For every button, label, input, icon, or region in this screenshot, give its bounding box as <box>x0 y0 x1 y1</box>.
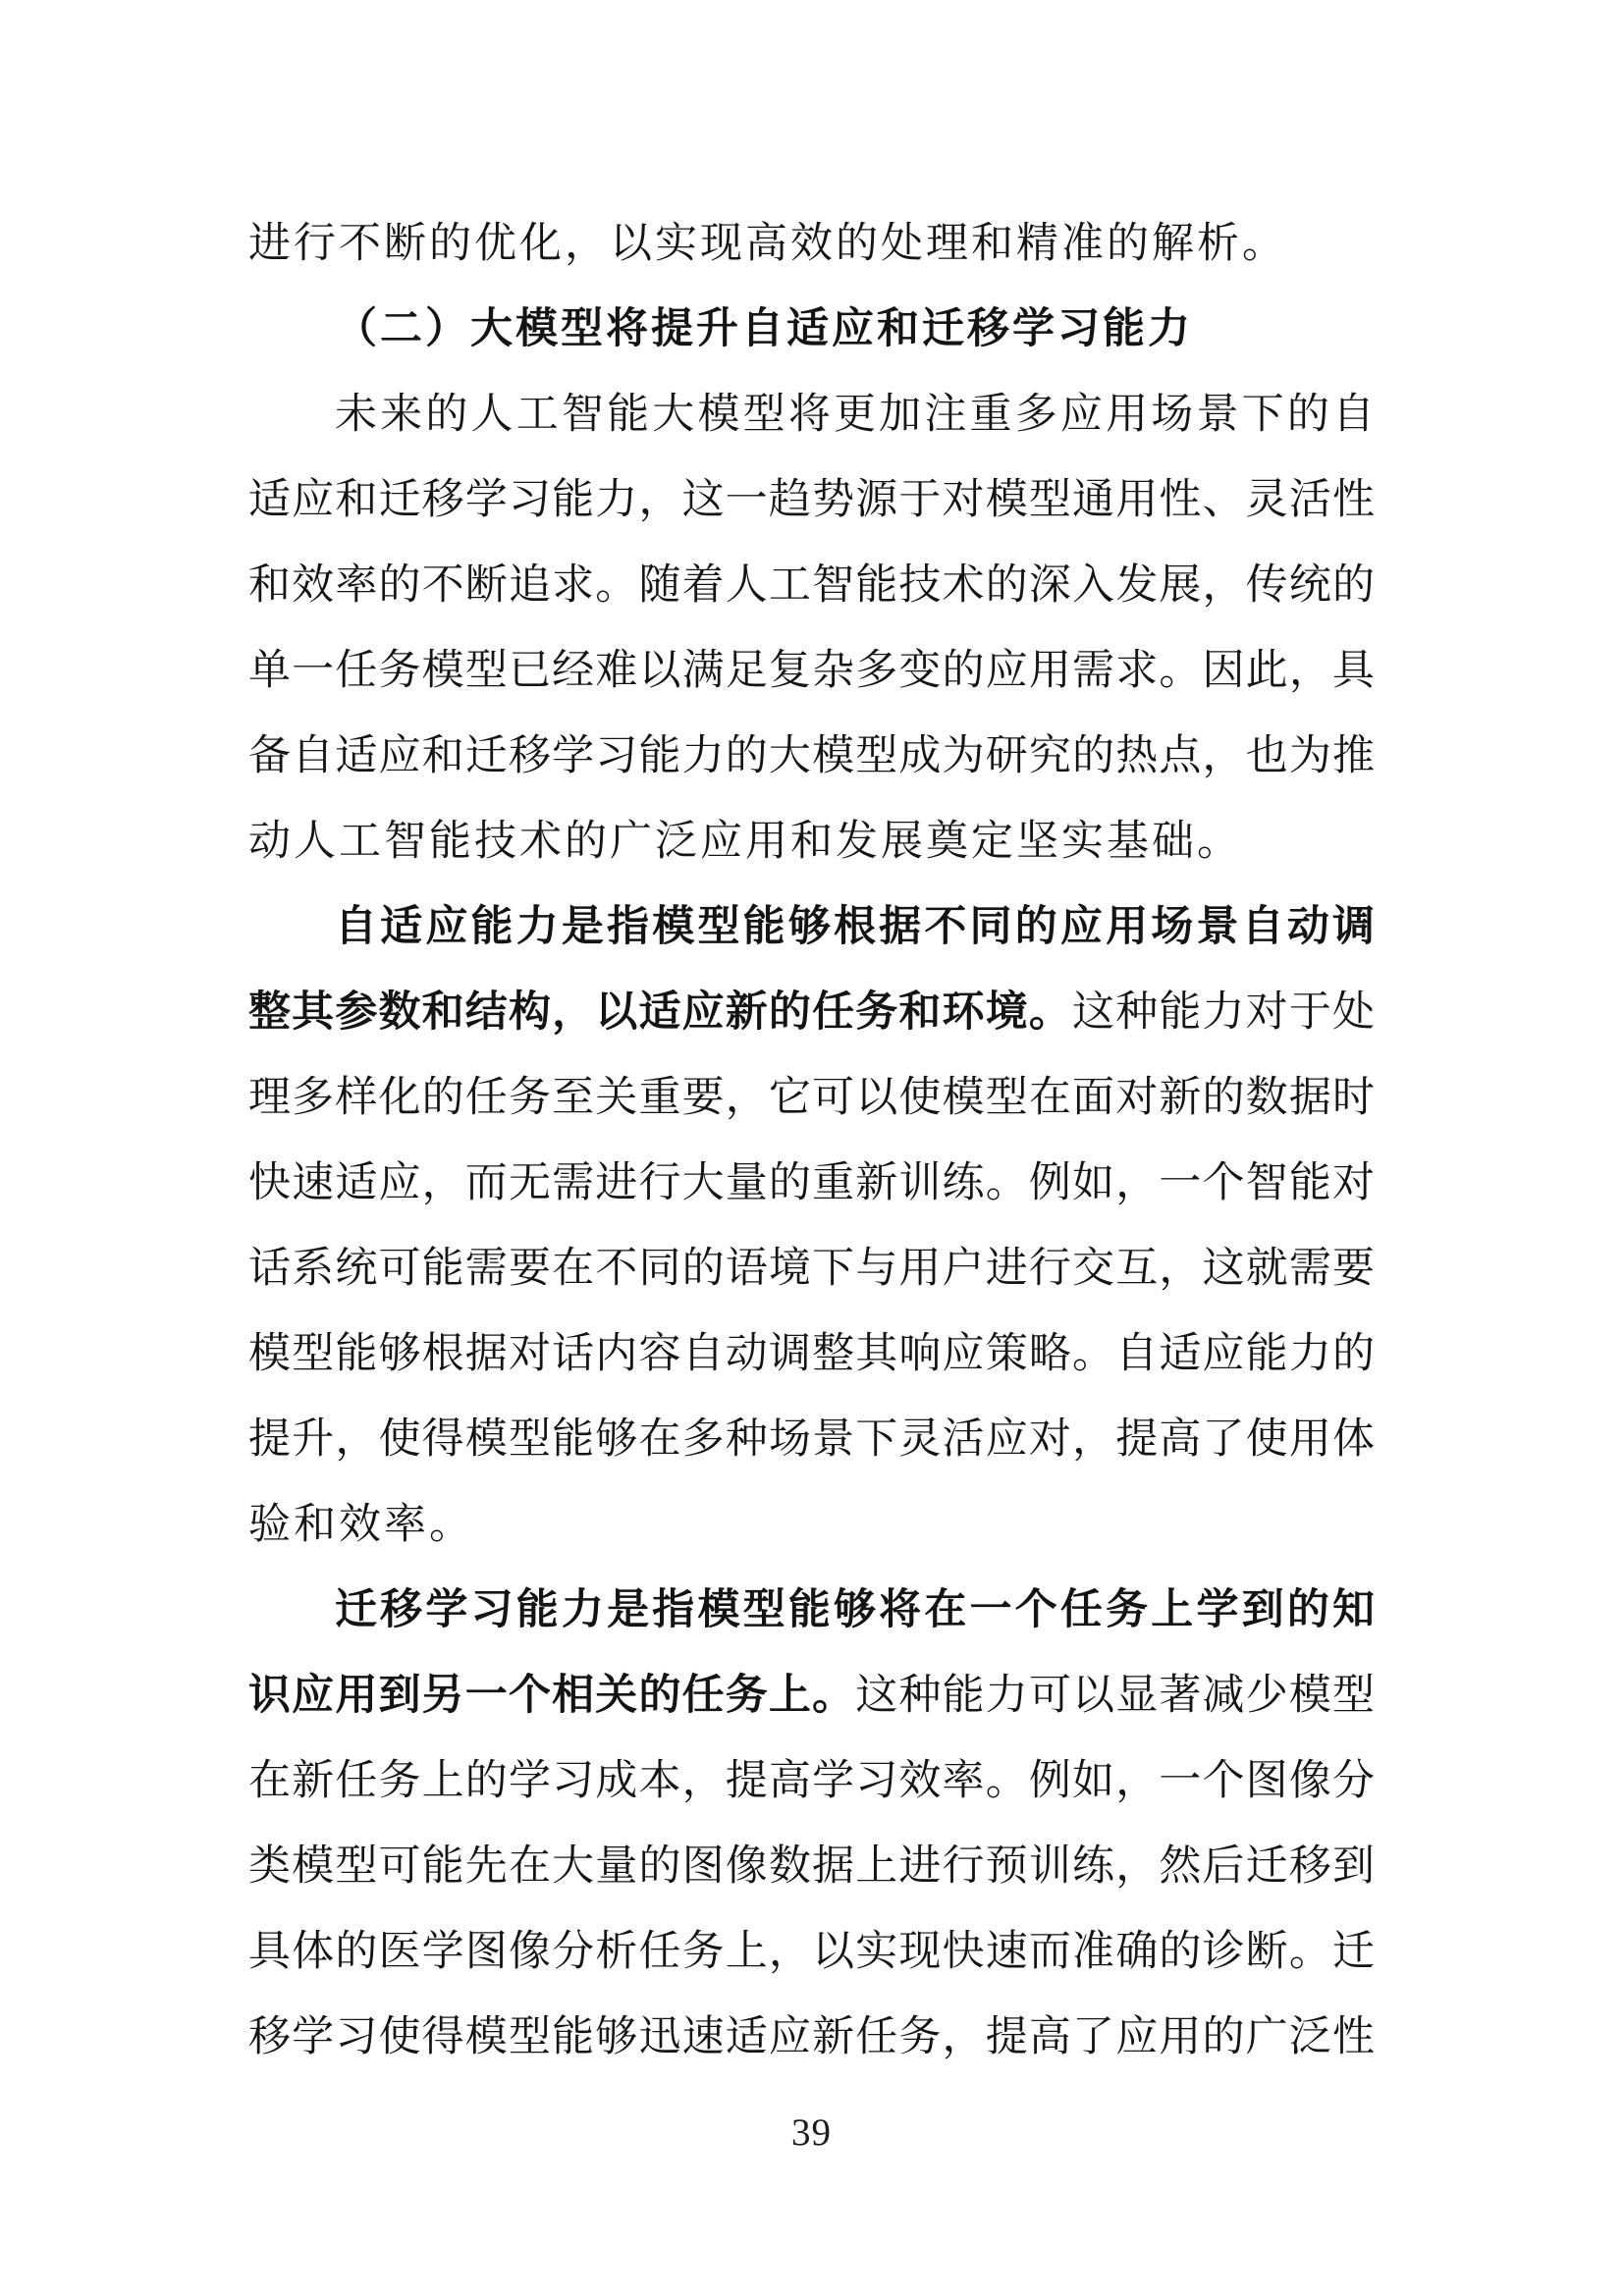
text-segment: 提升，使得模型能够在多种场景下灵活应对，提高了使用体 <box>248 1416 1375 1463</box>
text-segment: 动人工智能技术的广泛应用和发展奠定坚实基础。 <box>248 819 1242 865</box>
body-line-11: 快速适应，而无需进行大量的重新训练。例如，一个智能对 <box>248 1141 1375 1226</box>
document-page: 进行不断的优化，以实现高效的处理和精准的解析。（二）大模型将提升自适应和迁移学习… <box>0 0 1624 2296</box>
body-line-14: 提升，使得模型能够在多种场景下灵活应对，提高了使用体 <box>248 1397 1375 1482</box>
page-number: 39 <box>791 2111 832 2154</box>
text-segment: 未来的人工智能大模型将更加注重多应用场景下的自 <box>335 392 1375 438</box>
body-line-8: 自适应能力是指模型能够根据不同的应用场景自动调 <box>248 884 1375 970</box>
body-line-1: 进行不断的优化，以实现高效的处理和精准的解析。 <box>248 201 1375 287</box>
text-segment: 模型能够根据对话内容自动调整其响应策略。自适应能力的 <box>248 1331 1375 1377</box>
body-line-4: 和效率的不断追求。随着人工智能技术的深入发展，传统的 <box>248 543 1375 628</box>
body-line-9: 整其参数和结构，以适应新的任务和环境。这种能力对于处 <box>248 970 1375 1055</box>
body-line-21: 移学习使得模型能够迅速适应新任务，提高了应用的广泛性 <box>248 1995 1375 2080</box>
text-segment: 理多样化的任务至关重要，它可以使模型在面对新的数据时 <box>248 1075 1375 1121</box>
text-segment: 快速适应，而无需进行大量的重新训练。例如，一个智能对 <box>248 1160 1375 1206</box>
body-line-7: 动人工智能技术的广泛应用和发展奠定坚实基础。 <box>248 799 1375 884</box>
text-segment: 具体的医学图像分析任务上，以实现快速而准确的诊断。迁 <box>248 1929 1375 1975</box>
section-heading: （二）大模型将提升自适应和迁移学习能力 <box>248 287 1375 372</box>
body-line-13: 模型能够根据对话内容自动调整其响应策略。自适应能力的 <box>248 1311 1375 1397</box>
body-line-17: 识应用到另一个相关的任务上。这种能力可以显著减少模型 <box>248 1653 1375 1738</box>
body-line-16: 迁移学习能力是指模型能够将在一个任务上学到的知 <box>248 1568 1375 1653</box>
body-line-18: 在新任务上的学习成本，提高学习效率。例如，一个图像分 <box>248 1738 1375 1824</box>
bold-text-segment: 识应用到另一个相关的任务上。 <box>248 1673 855 1719</box>
bold-text-segment: 整其参数和结构，以适应新的任务和环境。 <box>248 989 1072 1036</box>
text-block: 进行不断的优化，以实现高效的处理和精准的解析。（二）大模型将提升自适应和迁移学习… <box>248 201 1375 2080</box>
text-segment: 移学习使得模型能够迅速适应新任务，提高了应用的广泛性 <box>248 2014 1375 2060</box>
text-segment: 适应和迁移学习能力，这一趋势源于对模型通用性、灵活性 <box>248 477 1375 523</box>
body-line-2: 未来的人工智能大模型将更加注重多应用场景下的自 <box>248 372 1375 457</box>
text-segment: 单一任务模型已经难以满足复杂多变的应用需求。因此，具 <box>248 648 1375 694</box>
text-segment: 验和效率。 <box>248 1502 474 1548</box>
body-line-12: 话系统可能需要在不同的语境下与用户进行交互，这就需要 <box>248 1226 1375 1311</box>
body-line-20: 具体的医学图像分析任务上，以实现快速而准确的诊断。迁 <box>248 1909 1375 1995</box>
text-segment: 备自适应和迁移学习能力的大模型成为研究的热点，也为推 <box>248 733 1375 779</box>
bold-text-segment: 自适应能力是指模型能够根据不同的应用场景自动调 <box>335 904 1375 950</box>
bold-text-segment: 迁移学习能力是指模型能够将在一个任务上学到的知 <box>335 1587 1375 1633</box>
text-segment: 和效率的不断追求。随着人工智能技术的深入发展，传统的 <box>248 562 1375 609</box>
text-segment: 在新任务上的学习成本，提高学习效率。例如，一个图像分 <box>248 1758 1375 1804</box>
text-segment: 进行不断的优化，以实现高效的处理和精准的解析。 <box>248 221 1287 267</box>
text-segment: 这种能力可以显著减少模型 <box>855 1673 1375 1719</box>
body-line-5: 单一任务模型已经难以满足复杂多变的应用需求。因此，具 <box>248 628 1375 714</box>
body-line-10: 理多样化的任务至关重要，它可以使模型在面对新的数据时 <box>248 1055 1375 1141</box>
text-segment: 话系统可能需要在不同的语境下与用户进行交互，这就需要 <box>248 1246 1375 1292</box>
page-footer: 39 <box>248 2110 1375 2155</box>
body-line-15: 验和效率。 <box>248 1482 1375 1568</box>
body-line-19: 类模型可能先在大量的图像数据上进行预训练，然后迁移到 <box>248 1824 1375 1909</box>
bold-text-segment: （二）大模型将提升自适应和迁移学习能力 <box>335 306 1193 352</box>
text-segment: 这种能力对于处 <box>1072 989 1375 1036</box>
body-line-3: 适应和迁移学习能力，这一趋势源于对模型通用性、灵活性 <box>248 457 1375 543</box>
body-line-6: 备自适应和迁移学习能力的大模型成为研究的热点，也为推 <box>248 714 1375 799</box>
text-segment: 类模型可能先在大量的图像数据上进行预训练，然后迁移到 <box>248 1843 1375 1890</box>
